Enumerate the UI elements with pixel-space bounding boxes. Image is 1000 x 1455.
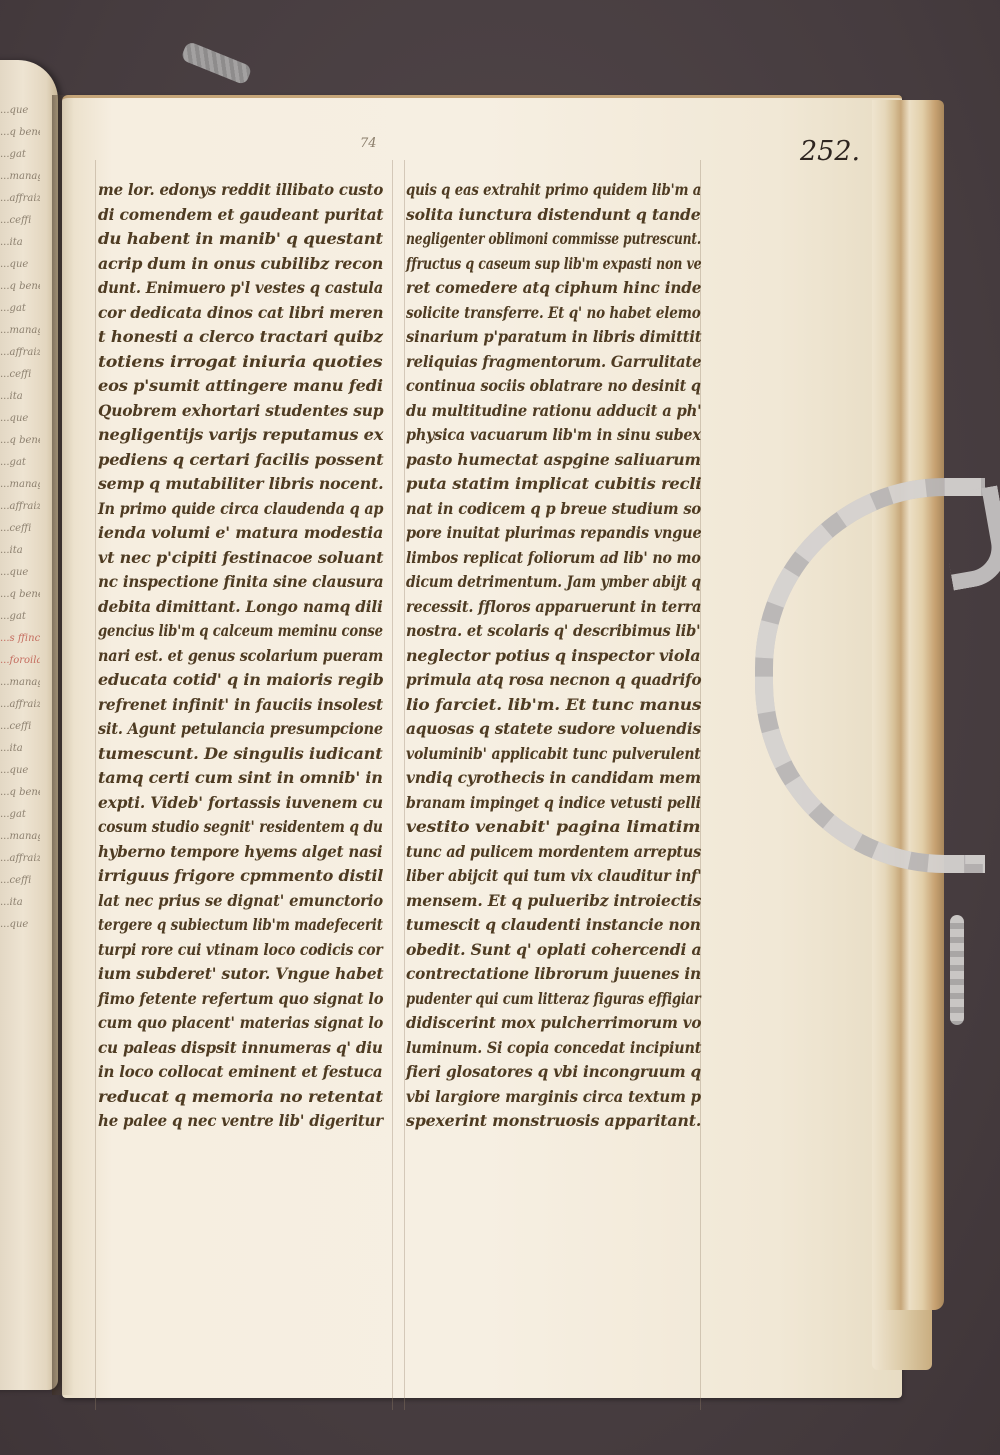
facing-page-line: ...manag [0, 320, 40, 342]
facing-page-line: ...ceffi [0, 716, 40, 738]
manuscript-text-line: reducat q memoria no retentat [98, 1087, 383, 1106]
manuscript-text-line: vndiq cyrothecis in candidam mem [406, 768, 701, 787]
manuscript-text-line: vestito venabit' pagina limatim [406, 817, 700, 836]
manuscript-text-line: branam impinget q indice vetusti pelli [406, 793, 701, 812]
facing-page-line: ...q bene [0, 276, 40, 298]
pencil-foliation-mark: 74 [360, 136, 377, 151]
manuscript-text-line: limbos replicat foliorum ad lib' no mo [406, 548, 701, 567]
facing-page-line: ...gat [0, 298, 40, 320]
manuscript-text-line: continua sociis oblatrare no desinit q [406, 376, 701, 395]
facing-page-line: ...ceffi [0, 870, 40, 892]
manuscript-text-line: lat nec prius se dignat' emunctorio [98, 891, 383, 910]
facing-page-line: ...q bene [0, 782, 40, 804]
manuscript-text-line: spexerint monstruosis apparitant. [406, 1111, 701, 1130]
manuscript-text-line: turpi rore cui vtinam loco codicis cor [98, 940, 383, 959]
facing-page-line: ...affraiz [0, 694, 40, 716]
manuscript-text-line: ret comedere atq ciphum hinc inde [406, 278, 701, 297]
manuscript-text-line: tumescunt. De singulis iudicant [98, 744, 383, 763]
facing-page-line: ...que [0, 562, 40, 584]
facing-page-line: ...gat [0, 452, 40, 474]
facing-page-line: ...ceffi [0, 364, 40, 386]
rubric-fragment: ...foroilam [0, 650, 40, 672]
manuscript-text-line: voluminib' applicabit tunc pulverulent [406, 744, 701, 763]
manuscript-text-line: he palee q nec ventre lib' digeritur [98, 1111, 383, 1130]
facing-page-line: ...affraiz [0, 342, 40, 364]
facing-page-line: ...ita [0, 232, 40, 254]
bookmark-cord-tail [950, 915, 964, 1025]
ruling-line [95, 160, 96, 1410]
manuscript-text-line: luminum. Si copia concedat incipiunt [406, 1038, 701, 1057]
manuscript-text-line: ium subderet' sutor. Vngue habet [98, 964, 383, 983]
manuscript-text-line: quis q eas extrahit primo quidem lib'm a [406, 180, 701, 199]
manuscript-text-line: tunc ad pulicem mordentem arreptus [406, 842, 701, 861]
facing-page-line: ...gat [0, 804, 40, 826]
manuscript-text-line: puta statim implicat cubitis recli [406, 474, 701, 493]
manuscript-text-line: du habent in manib' q questant [98, 229, 383, 248]
manuscript-text-line: cor dedicata dinos cat libri meren [98, 303, 383, 322]
manuscript-text-line: nat in codicem q p breue studium so [406, 499, 701, 518]
ruling-line [404, 160, 405, 1410]
facing-page-line: ...que [0, 254, 40, 276]
manuscript-text-line: vt nec p'cipiti festinacoe soluant [98, 548, 383, 567]
manuscript-text-line: dunt. Enimuero p'l vestes q castula [98, 278, 383, 297]
manuscript-text-line: pediens q certari facilis possent [98, 450, 383, 469]
manuscript-text-line: nc inspectione finita sine clausura [98, 572, 383, 591]
folio-number: 252. [800, 136, 860, 167]
facing-page-line: ...ita [0, 386, 40, 408]
manuscript-text-line: ffructus q caseum sup lib'm expasti non … [406, 254, 701, 273]
manuscript-text-line: cum quo placent' materias signat lo [98, 1013, 383, 1032]
manuscript-text-line: nari est. et genus scolarium pueram [98, 646, 383, 665]
manuscript-text-line: semp q mutabiliter libris nocent. [98, 474, 383, 493]
facing-page-line: ...q bene [0, 122, 40, 144]
manuscript-text-line: tamq certi cum sint in omnib' in [98, 768, 383, 787]
facing-page-line: ...ita [0, 540, 40, 562]
manuscript-text-line: aquosas q statete sudore voluendis [406, 719, 701, 738]
manuscript-text-line: me lor. edonys reddit illibato custo [98, 180, 383, 199]
manuscript-text-line: t honesti a clerco tractari quibz [98, 327, 383, 346]
manuscript-text-line: negligentijs varijs reputamus ex [98, 425, 383, 444]
manuscript-text-line: tergere q subiectum lib'm madefecerit [98, 915, 383, 934]
manuscript-text-line: In primo quide circa claudenda q ap [98, 499, 383, 518]
facing-page-line: ...que [0, 100, 40, 122]
rubric-fragment: ...s ffinctorem [0, 628, 40, 650]
manuscript-text-line: solicite transferre. Et q' no habet elem… [406, 303, 701, 322]
manuscript-text-line: du multitudine rationu adducit a ph' [406, 401, 701, 420]
manuscript-text-line: sit. Agunt petulancia presumpcione [98, 719, 383, 738]
manuscript-text-line: pore inuitat plurimas repandis vngue [406, 523, 701, 542]
facing-page-line: ...manag [0, 166, 40, 188]
manuscript-text-line: didiscerint mox pulcherrimorum vo [406, 1013, 701, 1032]
manuscript-text-line: acrip dum in onus cubilibz recon [98, 254, 383, 273]
manuscript-text-line: sinarium p'paratum in libris dimittit [406, 327, 701, 346]
facing-page-line: ...que [0, 914, 40, 936]
manuscript-text-line: nostra. et scolaris q' describimus lib' [406, 621, 700, 640]
manuscript-text-line: primula atq rosa necnon q quadrifo [406, 670, 701, 689]
manuscript-text-line: obedit. Sunt q' oplati cohercendi a [406, 940, 701, 959]
manuscript-text-line: hyberno tempore hyems alget nasi [98, 842, 382, 861]
manuscript-text-line: ienda volumi e' matura modestia [98, 523, 383, 542]
manuscript-text-line: negligenter oblimoni commisse putrescunt… [406, 229, 701, 248]
facing-page-line: ...ceffi [0, 518, 40, 540]
manuscript-text-line: totiens irrogat iniuria quoties [98, 352, 382, 371]
manuscript-text-line: pudenter qui cum litteraz figuras effigi… [406, 989, 701, 1008]
manuscript-text-line: in loco collocat eminent et festuca [98, 1062, 382, 1081]
facing-page-line: ...gat [0, 606, 40, 628]
facing-page-line: ...manag [0, 826, 40, 848]
manuscript-text-line: solita iunctura distendunt q tande [406, 205, 701, 224]
facing-page-line: ...affraiz [0, 188, 40, 210]
manuscript-text-line: di comendem et gaudeant puritat [98, 205, 383, 224]
manuscript-text-line: liber abijcit qui tum vix clauditur inf' [406, 866, 702, 885]
facing-page-line: ...ceffi [0, 210, 40, 232]
facing-page-line: ...affraiz [0, 848, 40, 870]
manuscript-text-line: educata cotid' q in maioris regib [98, 670, 384, 689]
facing-page-line: ...que [0, 408, 40, 430]
manuscript-text-line: gencius lib'm q calceum meminu conse [98, 621, 383, 640]
manuscript-text-line: cosum studio segnit' residentem q du [98, 817, 383, 836]
manuscript-text-line: reliquias fragmentorum. Garrulitate [406, 352, 701, 371]
manuscript-text-line: refrenet infinit' in fauciis insolest [98, 695, 383, 714]
facing-page-line: ...manag [0, 474, 40, 496]
facing-page-line: ...affraiz [0, 496, 40, 518]
facing-page-line: ...ita [0, 738, 40, 760]
manuscript-text-line: debita dimittant. Longo namq dili [98, 597, 383, 616]
facing-verso-page: ...que...q bene...gat...manag...affraiz.… [0, 60, 58, 1390]
facing-page-line: ...gat [0, 144, 40, 166]
manuscript-text-line: cu paleas dispsit innumeras q' diu [98, 1038, 383, 1057]
manuscript-text-line: mensem. Et q pulueribz introiectis [406, 891, 701, 910]
manuscript-text-line: expti. Videb' fortassis iuvenem cu [98, 793, 383, 812]
facing-page-line: ...ita [0, 892, 40, 914]
manuscript-text-line: neglector potius q inspector viola [406, 646, 700, 665]
facing-page-line: ...manag [0, 672, 40, 694]
manuscript-text-line: dicum detrimentum. Jam ymber abijt q [406, 572, 701, 591]
facing-page-line: ...q bene [0, 584, 40, 606]
manuscript-text-line: irriguus frigore cpmmento distil [98, 866, 383, 885]
manuscript-text-line: contrectatione librorum juuenes in [406, 964, 701, 983]
facing-page-line: ...que [0, 760, 40, 782]
manuscript-text-line: eos p'sumit attingere manu fedi [98, 376, 383, 395]
manuscript-text-line: Quobrem exhortari studentes sup [98, 401, 383, 420]
manuscript-text-line: fimo fetente refertum quo signat lo [98, 989, 383, 1008]
manuscript-text-line: physica vacuarum lib'm in sinu subex [406, 425, 701, 444]
ruling-line [392, 160, 393, 1410]
manuscript-text-line: tumescit q claudenti instancie non [406, 915, 701, 934]
manuscript-text-line: pasto humectat aspgine saliuarum [406, 450, 701, 469]
manuscript-text-line: recessit. ffloros apparuerunt in terra [406, 597, 701, 616]
manuscript-text-line: lio farciet. lib'm. Et tunc manus [406, 695, 701, 714]
facing-page-line: ...q bene [0, 430, 40, 452]
manuscript-text-line: vbi largiore marginis circa textum p [406, 1087, 701, 1106]
facing-page-text: ...que...q bene...gat...manag...affraiz.… [0, 100, 40, 936]
gutter-shadow [52, 95, 74, 1395]
manuscript-text-line: fieri glosatores q vbi incongruum q [406, 1062, 701, 1081]
